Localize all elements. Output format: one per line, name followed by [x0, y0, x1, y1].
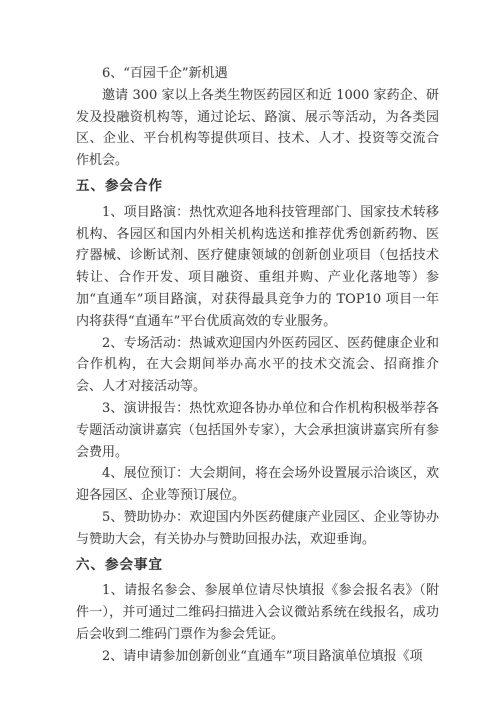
item-1-project-roadshow-paragraph: 1、项目路演：热忱欢迎各地科技管理部门、国家技术转移机构、各园区和国内外相关机构…: [76, 202, 439, 333]
document-content: 6、“百园千企”新机遇 邀请 300 家以上各类生物医药园区和近 1000 家药…: [76, 63, 439, 668]
item-6-new-opportunity-body: 邀请 300 家以上各类生物医药园区和近 1000 家药企、研发及投融资机构等，…: [76, 85, 439, 172]
section-5-participation-cooperation-heading: 五、参会合作: [76, 176, 439, 198]
item-2-special-events-paragraph: 2、专场活动：热诚欢迎国内外医药园区、医药健康企业和合作机构，在大会期间举办高水…: [76, 333, 439, 398]
item-3-speech-report-paragraph: 3、演讲报告：热忱欢迎各协办单位和合作机构积极举荐各专题活动演讲嘉宾（包括国外专…: [76, 398, 439, 463]
item-2-roadshow-application-paragraph: 2、请申请参加创新创业“直通车”项目路演单位填报《项: [76, 646, 439, 668]
item-6-new-opportunity-title: 6、“百园千企”新机遇: [76, 63, 439, 85]
item-1-registration-paragraph: 1、请报名参会、参展单位请尽快填报《参会报名表》（附件一），并可通过二维码扫描进…: [76, 580, 439, 645]
item-4-booth-booking-paragraph: 4、展位预订：大会期间，将在会场外设置展示洽谈区，欢迎各园区、企业等预订展位。: [76, 463, 439, 507]
document-page: 6、“百园千企”新机遇 邀请 300 家以上各类生物医药园区和近 1000 家药…: [0, 0, 500, 707]
section-6-participation-matters-heading: 六、参会事宜: [76, 555, 439, 577]
item-5-sponsorship-paragraph: 5、赞助协办：欢迎国内外医药健康产业园区、企业等协办与赞助大会，有关协办与赞助回…: [76, 507, 439, 551]
